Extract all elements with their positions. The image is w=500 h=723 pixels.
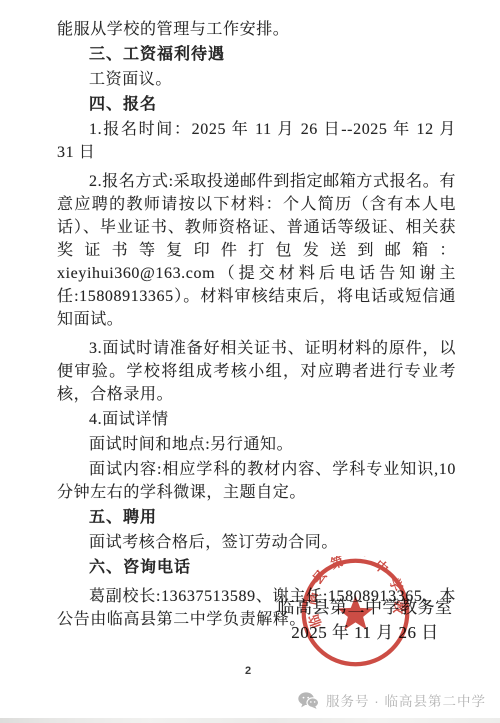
- signature-org: 临高县第二中学教务室: [272, 595, 458, 620]
- doc-paragraph: 面试时间和地点:另行通知。: [57, 433, 456, 456]
- section-heading: 六、咨询电话: [57, 556, 456, 579]
- doc-paragraph: 能服从学校的管理与工作安排。: [57, 18, 456, 41]
- doc-paragraph: 面试考核合格后，签订劳动合同。: [57, 531, 456, 554]
- section-heading: 五、聘用: [57, 506, 456, 529]
- section-heading: 四、报名: [57, 93, 456, 116]
- scan-bottom-edge: [0, 718, 500, 723]
- doc-paragraph: 3.面试时请准备好相关证书、证明材料的原件，以便审验。学校将组成考核小组，对应聘…: [57, 337, 456, 406]
- document-scan: 能服从学校的管理与工作安排。 三、工资福利待遇 工资面议。 四、报名 1.报名时…: [0, 0, 500, 631]
- section-heading: 三、工资福利待遇: [57, 43, 456, 66]
- article-page: 能服从学校的管理与工作安排。 三、工资福利待遇 工资面议。 四、报名 1.报名时…: [0, 0, 500, 723]
- doc-paragraph: 4.面试详情: [57, 408, 456, 431]
- wechat-service-icon: [298, 692, 319, 709]
- doc-paragraph: 工资面议。: [57, 68, 456, 91]
- footer-bar: 服务号 · 临高县第二中学: [298, 690, 486, 710]
- doc-paragraph: 2.报名方式:采取投递邮件到指定邮箱方式报名。有意应聘的教师请按以下材料：个人简…: [57, 170, 456, 331]
- footer-account-label[interactable]: 服务号 · 临高县第二中学: [326, 690, 486, 710]
- doc-paragraph: 面试内容:相应学科的教材内容、学科专业知识,10 分钟左右的学科微课，主题自定。: [57, 458, 456, 504]
- page-number: 2: [240, 665, 256, 677]
- doc-paragraph: 1.报名时间：2025 年 11 月 26 日--2025 年 12 月 31 …: [57, 118, 456, 164]
- signature-date: 2025 年 11 月 26 日: [272, 620, 458, 645]
- signature-block: 临高县第二中学教务室 2025 年 11 月 26 日: [272, 595, 458, 645]
